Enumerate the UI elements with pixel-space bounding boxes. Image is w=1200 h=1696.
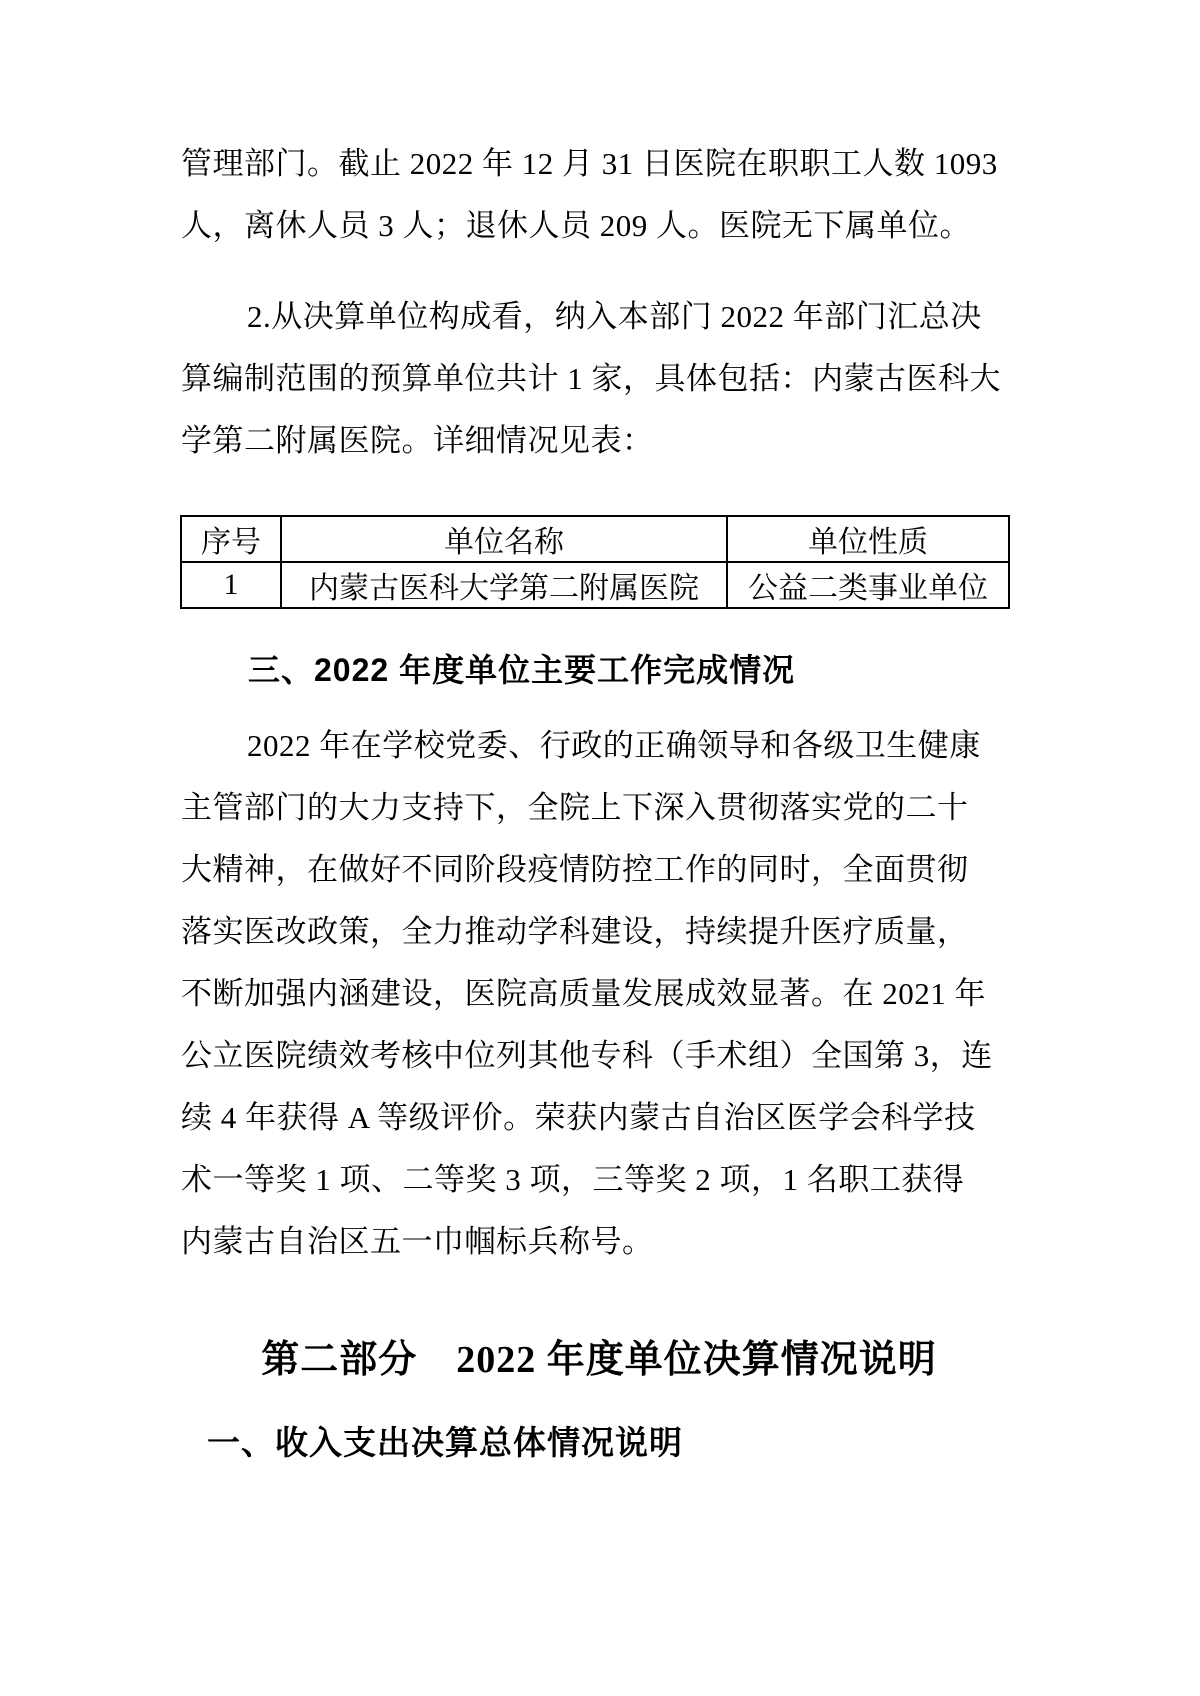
units-table-header-row: 序号 单位名称 单位性质 — [181, 516, 1009, 562]
text-line: 人，离休人员 3 人；退休人员 209 人。医院无下属单位。 — [181, 195, 1017, 257]
units-table-header-unit-type: 单位性质 — [727, 516, 1009, 562]
paragraph-work-summary: 2022 年在学校党委、行政的正确领导和各级卫生健康 主管部门的大力支持下，全院… — [181, 715, 1017, 1273]
text-line: 续 4 年获得 A 等级评价。荣获内蒙古自治区医学会科学技 — [181, 1087, 1017, 1149]
table-row: 1 内蒙古医科大学第二附属医院 公益二类事业单位 — [181, 562, 1009, 608]
text-line: 2022 年在学校党委、行政的正确领导和各级卫生健康 — [181, 715, 1017, 777]
text-line: 落实医改政策，全力推动学科建设，持续提升医疗质量， — [181, 901, 1017, 963]
text-line: 学第二附属医院。详细情况见表： — [181, 410, 1017, 472]
text-line: 不断加强内涵建设，医院高质量发展成效显著。在 2021 年 — [181, 963, 1017, 1025]
units-table-header-unit-name: 单位名称 — [281, 516, 727, 562]
text-line: 主管部门的大力支持下，全院上下深入贯彻落实党的二十 — [181, 777, 1017, 839]
document-page: 管理部门。截止 2022 年 12 月 31 日医院在职职工人数 1093 人，… — [0, 0, 1200, 1696]
units-table-cell-unit-type: 公益二类事业单位 — [727, 562, 1009, 608]
units-table-cell-index: 1 — [181, 562, 281, 608]
text-line: 公立医院绩效考核中位列其他专科（手术组）全国第 3，连 — [181, 1025, 1017, 1087]
units-table-header-index: 序号 — [181, 516, 281, 562]
section-heading-income-expenditure: 一、收入支出决算总体情况说明 — [181, 1422, 1017, 1464]
units-table: 序号 单位名称 单位性质 1 内蒙古医科大学第二附属医院 公益二类事业单位 — [180, 515, 1010, 609]
paragraph-staffing: 管理部门。截止 2022 年 12 月 31 日医院在职职工人数 1093 人，… — [181, 133, 1017, 257]
document-content: 管理部门。截止 2022 年 12 月 31 日医院在职职工人数 1093 人，… — [181, 133, 1017, 1464]
text-line: 术一等奖 1 项、二等奖 3 项，三等奖 2 项，1 名职工获得 — [181, 1149, 1017, 1211]
text-line: 内蒙古自治区五一巾帼标兵称号。 — [181, 1211, 1017, 1273]
section-heading-work-completion: 三、2022 年度单位主要工作完成情况 — [181, 651, 1017, 689]
text-line: 管理部门。截止 2022 年 12 月 31 日医院在职职工人数 1093 — [181, 133, 1017, 195]
paragraph-units: 2.从决算单位构成看，纳入本部门 2022 年部门汇总决 算编制范围的预算单位共… — [181, 286, 1017, 472]
text-line: 算编制范围的预算单位共计 1 家，具体包括：内蒙古医科大 — [181, 348, 1017, 410]
units-table-cell-unit-name: 内蒙古医科大学第二附属医院 — [281, 562, 727, 608]
text-line: 2.从决算单位构成看，纳入本部门 2022 年部门汇总决 — [181, 286, 1017, 348]
part-two-title: 第二部分 2022 年度单位决算情况说明 — [181, 1335, 1017, 1385]
text-line: 大精神，在做好不同阶段疫情防控工作的同时，全面贯彻 — [181, 839, 1017, 901]
